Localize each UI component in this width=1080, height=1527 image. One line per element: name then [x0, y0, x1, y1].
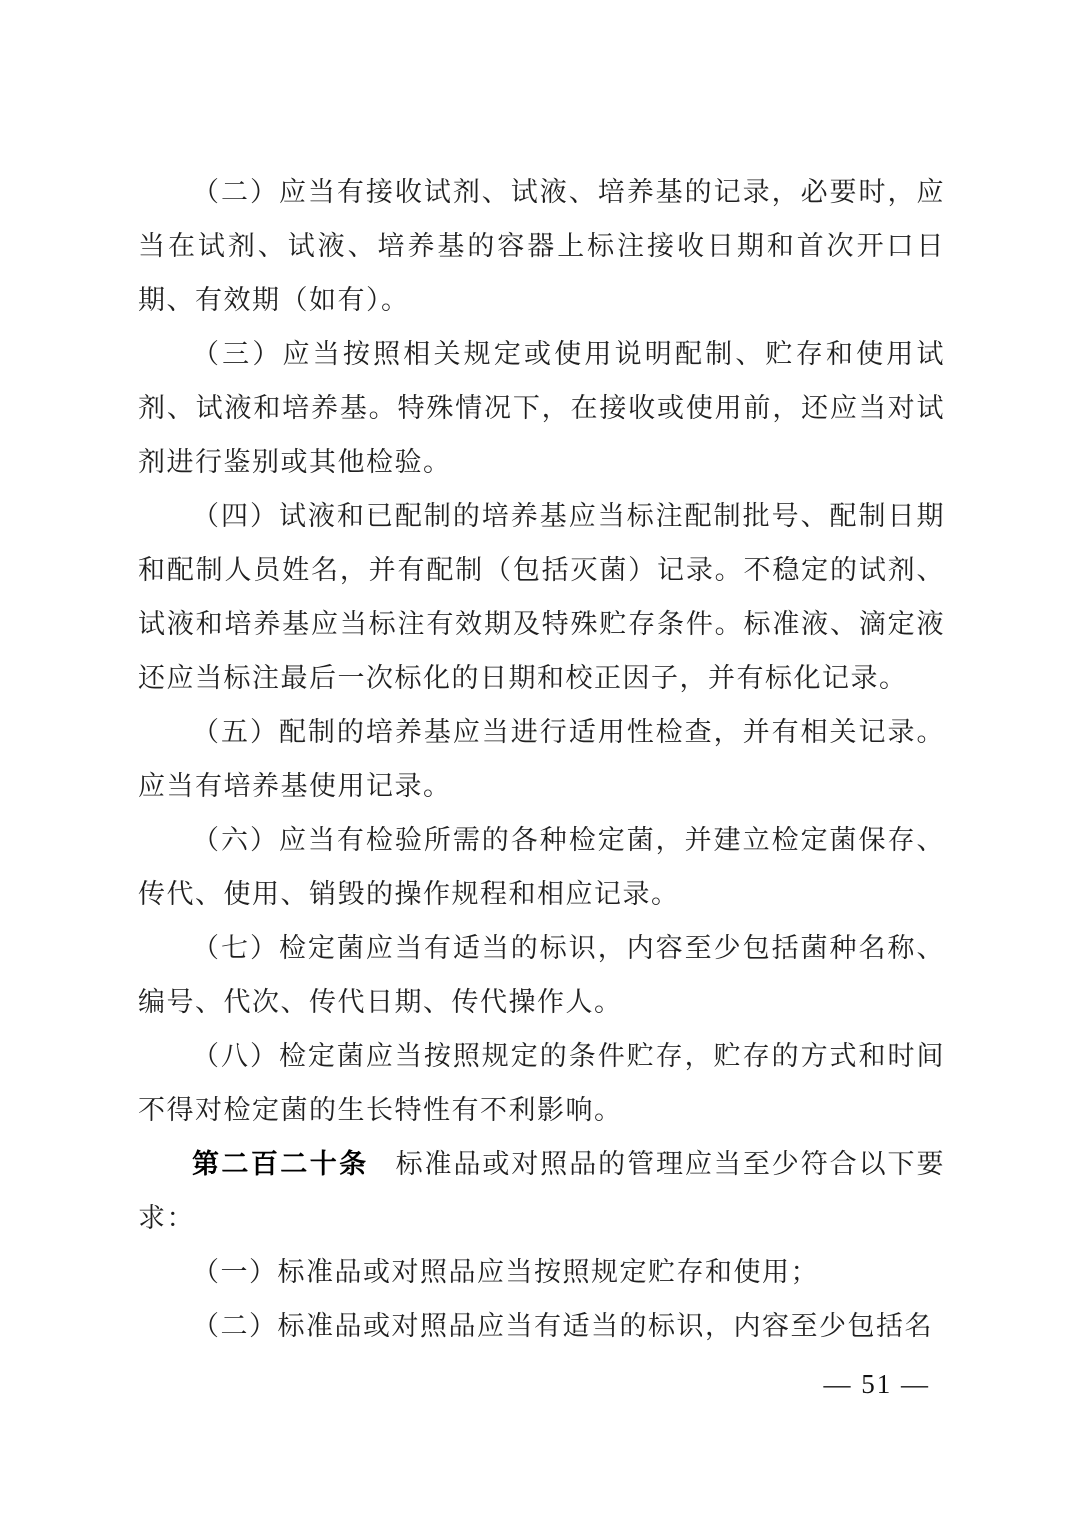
- article-item-2: （二）标准品或对照品应当有适当的标识，内容至少包括名: [138, 1299, 945, 1353]
- paragraph-item-4: （四）试液和已配制的培养基应当标注配制批号、配制日期和配制人员姓名，并有配制（包…: [138, 489, 945, 705]
- paragraph-item-8: （八）检定菌应当按照规定的条件贮存，贮存的方式和时间不得对检定菌的生长特性有不利…: [138, 1029, 945, 1137]
- document-page: （二）应当有接收试剂、试液、培养基的记录，必要时，应当在试剂、试液、培养基的容器…: [0, 0, 1080, 1527]
- paragraph-item-3: （三）应当按照相关规定或使用说明配制、贮存和使用试剂、试液和培养基。特殊情况下，…: [138, 327, 945, 489]
- text-block: （二）应当有接收试剂、试液、培养基的记录，必要时，应当在试剂、试液、培养基的容器…: [138, 165, 945, 1353]
- paragraph-item-2: （二）应当有接收试剂、试液、培养基的记录，必要时，应当在试剂、试液、培养基的容器…: [138, 165, 945, 327]
- paragraph-item-6: （六）应当有检验所需的各种检定菌，并建立检定菌保存、传代、使用、销毁的操作规程和…: [138, 813, 945, 921]
- page-number: — 51 —: [824, 1369, 931, 1399]
- article-paragraph: 第二百二十条标准品或对照品的管理应当至少符合以下要求：: [138, 1137, 945, 1245]
- paragraph-item-7: （七）检定菌应当有适当的标识，内容至少包括菌种名称、编号、代次、传代日期、传代操…: [138, 921, 945, 1029]
- article-item-1: （一）标准品或对照品应当按照规定贮存和使用；: [138, 1245, 945, 1299]
- page-footer: — 51 —: [824, 1368, 931, 1400]
- paragraph-item-5: （五）配制的培养基应当进行适用性检查，并有相关记录。应当有培养基使用记录。: [138, 705, 945, 813]
- article-number: 第二百二十条: [192, 1149, 369, 1179]
